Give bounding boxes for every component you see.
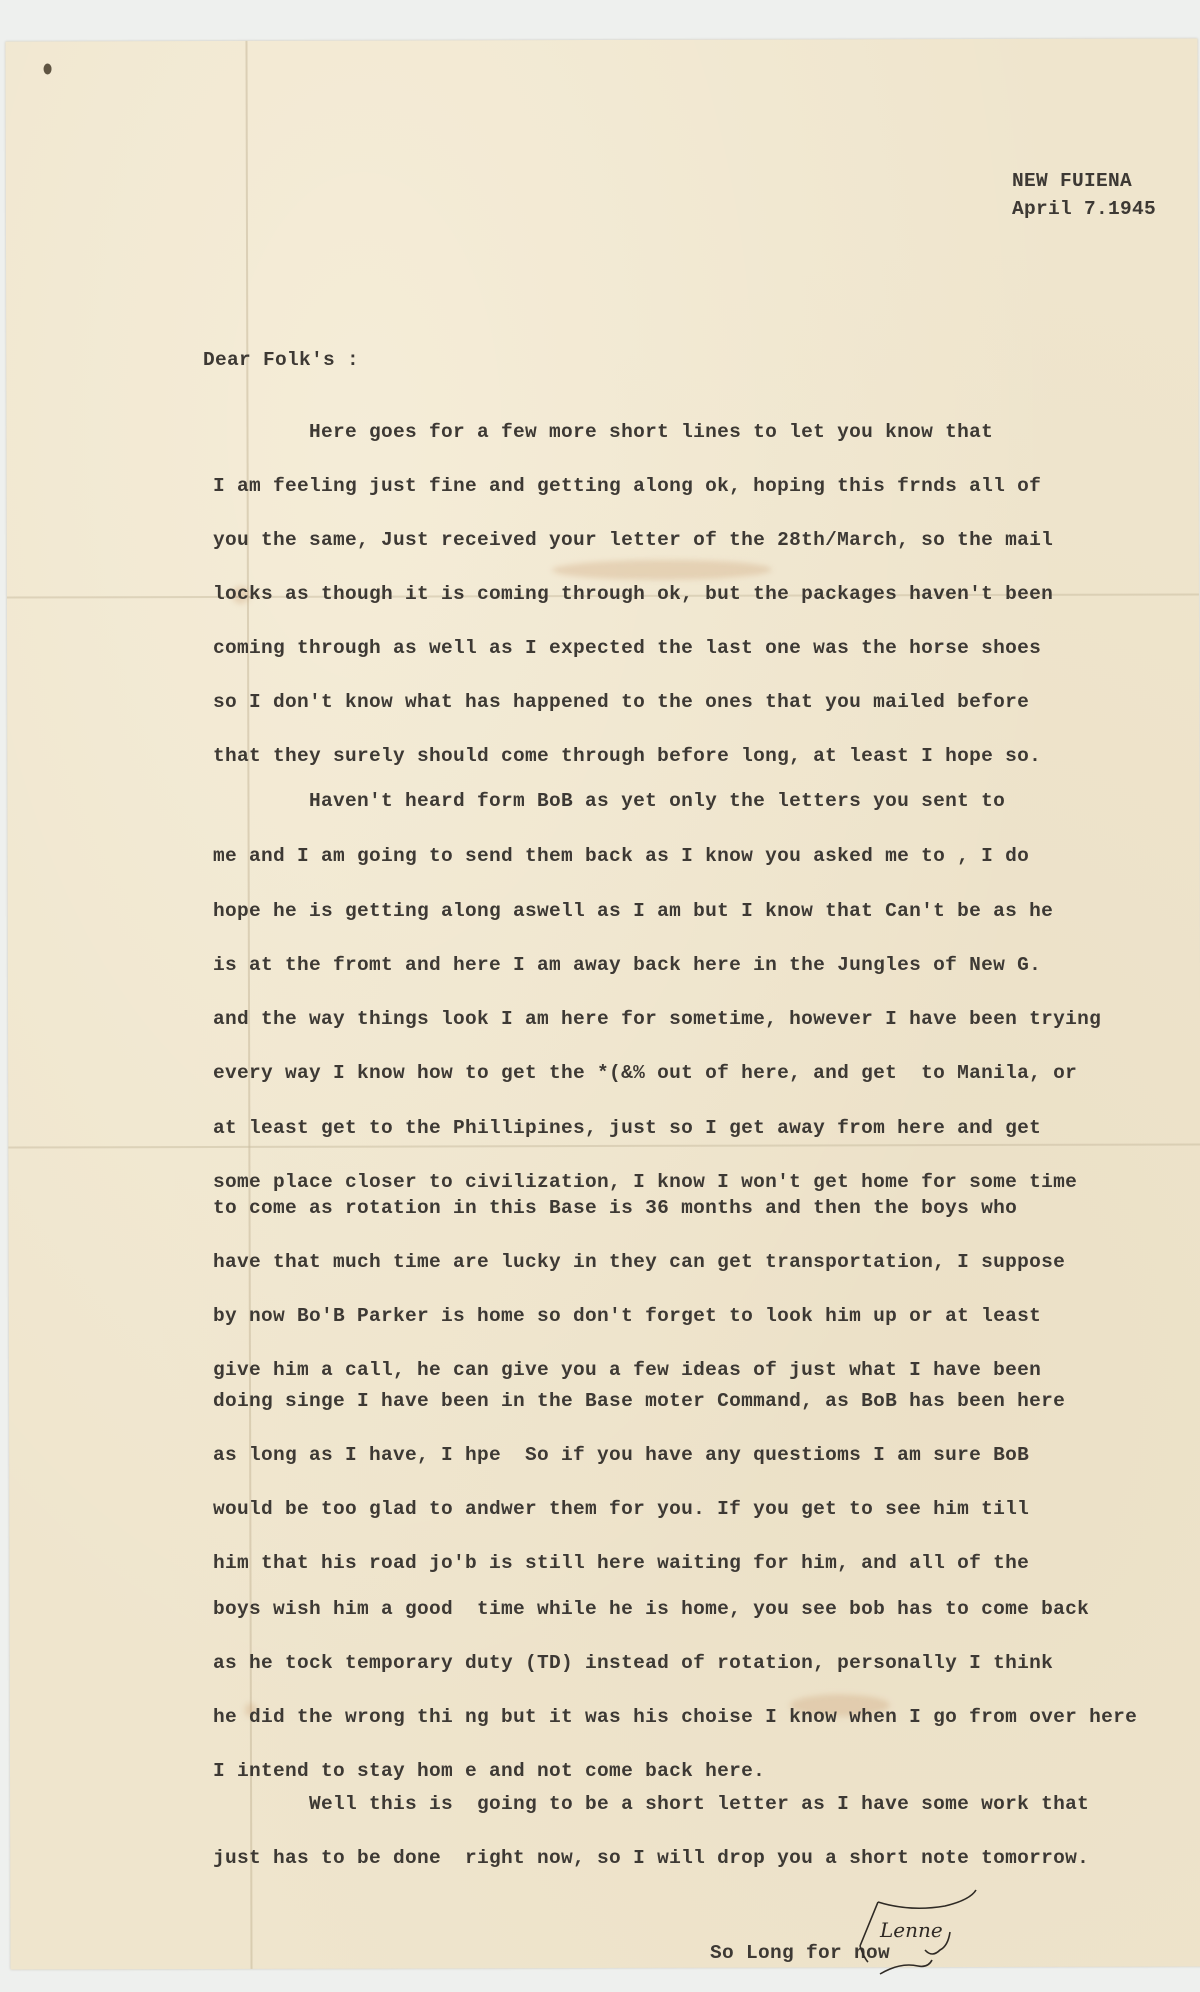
punch-hole-mark: [44, 63, 52, 74]
salutation: Dear Folk's :: [203, 349, 359, 371]
body-line: as he tock temporary duty (TD) instead o…: [213, 1652, 1053, 1674]
body-line: I intend to stay hom e and not come back…: [213, 1760, 765, 1782]
body-line: you the same, Just received your letter …: [213, 529, 1053, 551]
letter-date: April 7.1945: [1012, 198, 1156, 220]
body-line: as long as I have, I hpe So if you have …: [213, 1444, 1029, 1466]
body-line: at least get to the Phillipines, just so…: [213, 1117, 1041, 1139]
letter-paper: [5, 38, 1200, 1969]
body-line: hope he is getting along aswell as I am …: [213, 900, 1053, 922]
body-line: I am feeling just fine and getting along…: [213, 475, 1041, 497]
body-line: to come as rotation in this Base is 36 m…: [213, 1197, 1017, 1219]
body-line: locks as though it is coming through ok,…: [213, 583, 1053, 605]
body-line: he did the wrong thi ng but it was his c…: [213, 1706, 1137, 1728]
body-line: would be too glad to andwer them for you…: [213, 1498, 1029, 1520]
body-line: just has to be done right now, so I will…: [213, 1847, 1089, 1869]
vertical-fold-crease: [245, 41, 252, 1969]
body-line: every way I know how to get the *(&% out…: [213, 1062, 1077, 1084]
letter-place: NEW FUIENA: [1012, 170, 1132, 192]
body-line: so I don't know what has happened to the…: [213, 691, 1029, 713]
body-line: me and I am going to send them back as I…: [213, 845, 1029, 867]
body-line: have that much time are lucky in they ca…: [213, 1251, 1065, 1273]
body-line: boys wish him a good time while he is ho…: [213, 1598, 1089, 1620]
scanned-page: NEW FUIENA April 7.1945 Dear Folk's : He…: [0, 0, 1200, 1992]
body-line: coming through as well as I expected the…: [213, 637, 1041, 659]
signature: Lenne: [880, 1918, 943, 1942]
body-line: Haven't heard form BoB as yet only the l…: [213, 790, 1005, 812]
body-line: some place closer to civilization, I kno…: [213, 1171, 1077, 1193]
body-line: give him a call, he can give you a few i…: [213, 1359, 1041, 1381]
horizontal-fold-crease: [8, 1143, 1200, 1148]
body-line: is at the fromt and here I am away back …: [213, 954, 1041, 976]
body-line: Well this is going to be a short letter …: [213, 1793, 1089, 1815]
body-line: Here goes for a few more short lines to …: [213, 421, 993, 443]
stain-mark: [552, 560, 772, 581]
body-line: that they surely should come through bef…: [213, 745, 1041, 767]
body-line: him that his road jo'b is still here wai…: [213, 1552, 1029, 1574]
body-line: and the way things look I am here for so…: [213, 1008, 1101, 1030]
body-line: by now Bo'B Parker is home so don't forg…: [213, 1305, 1041, 1327]
body-line: doing singe I have been in the Base mote…: [213, 1390, 1065, 1412]
